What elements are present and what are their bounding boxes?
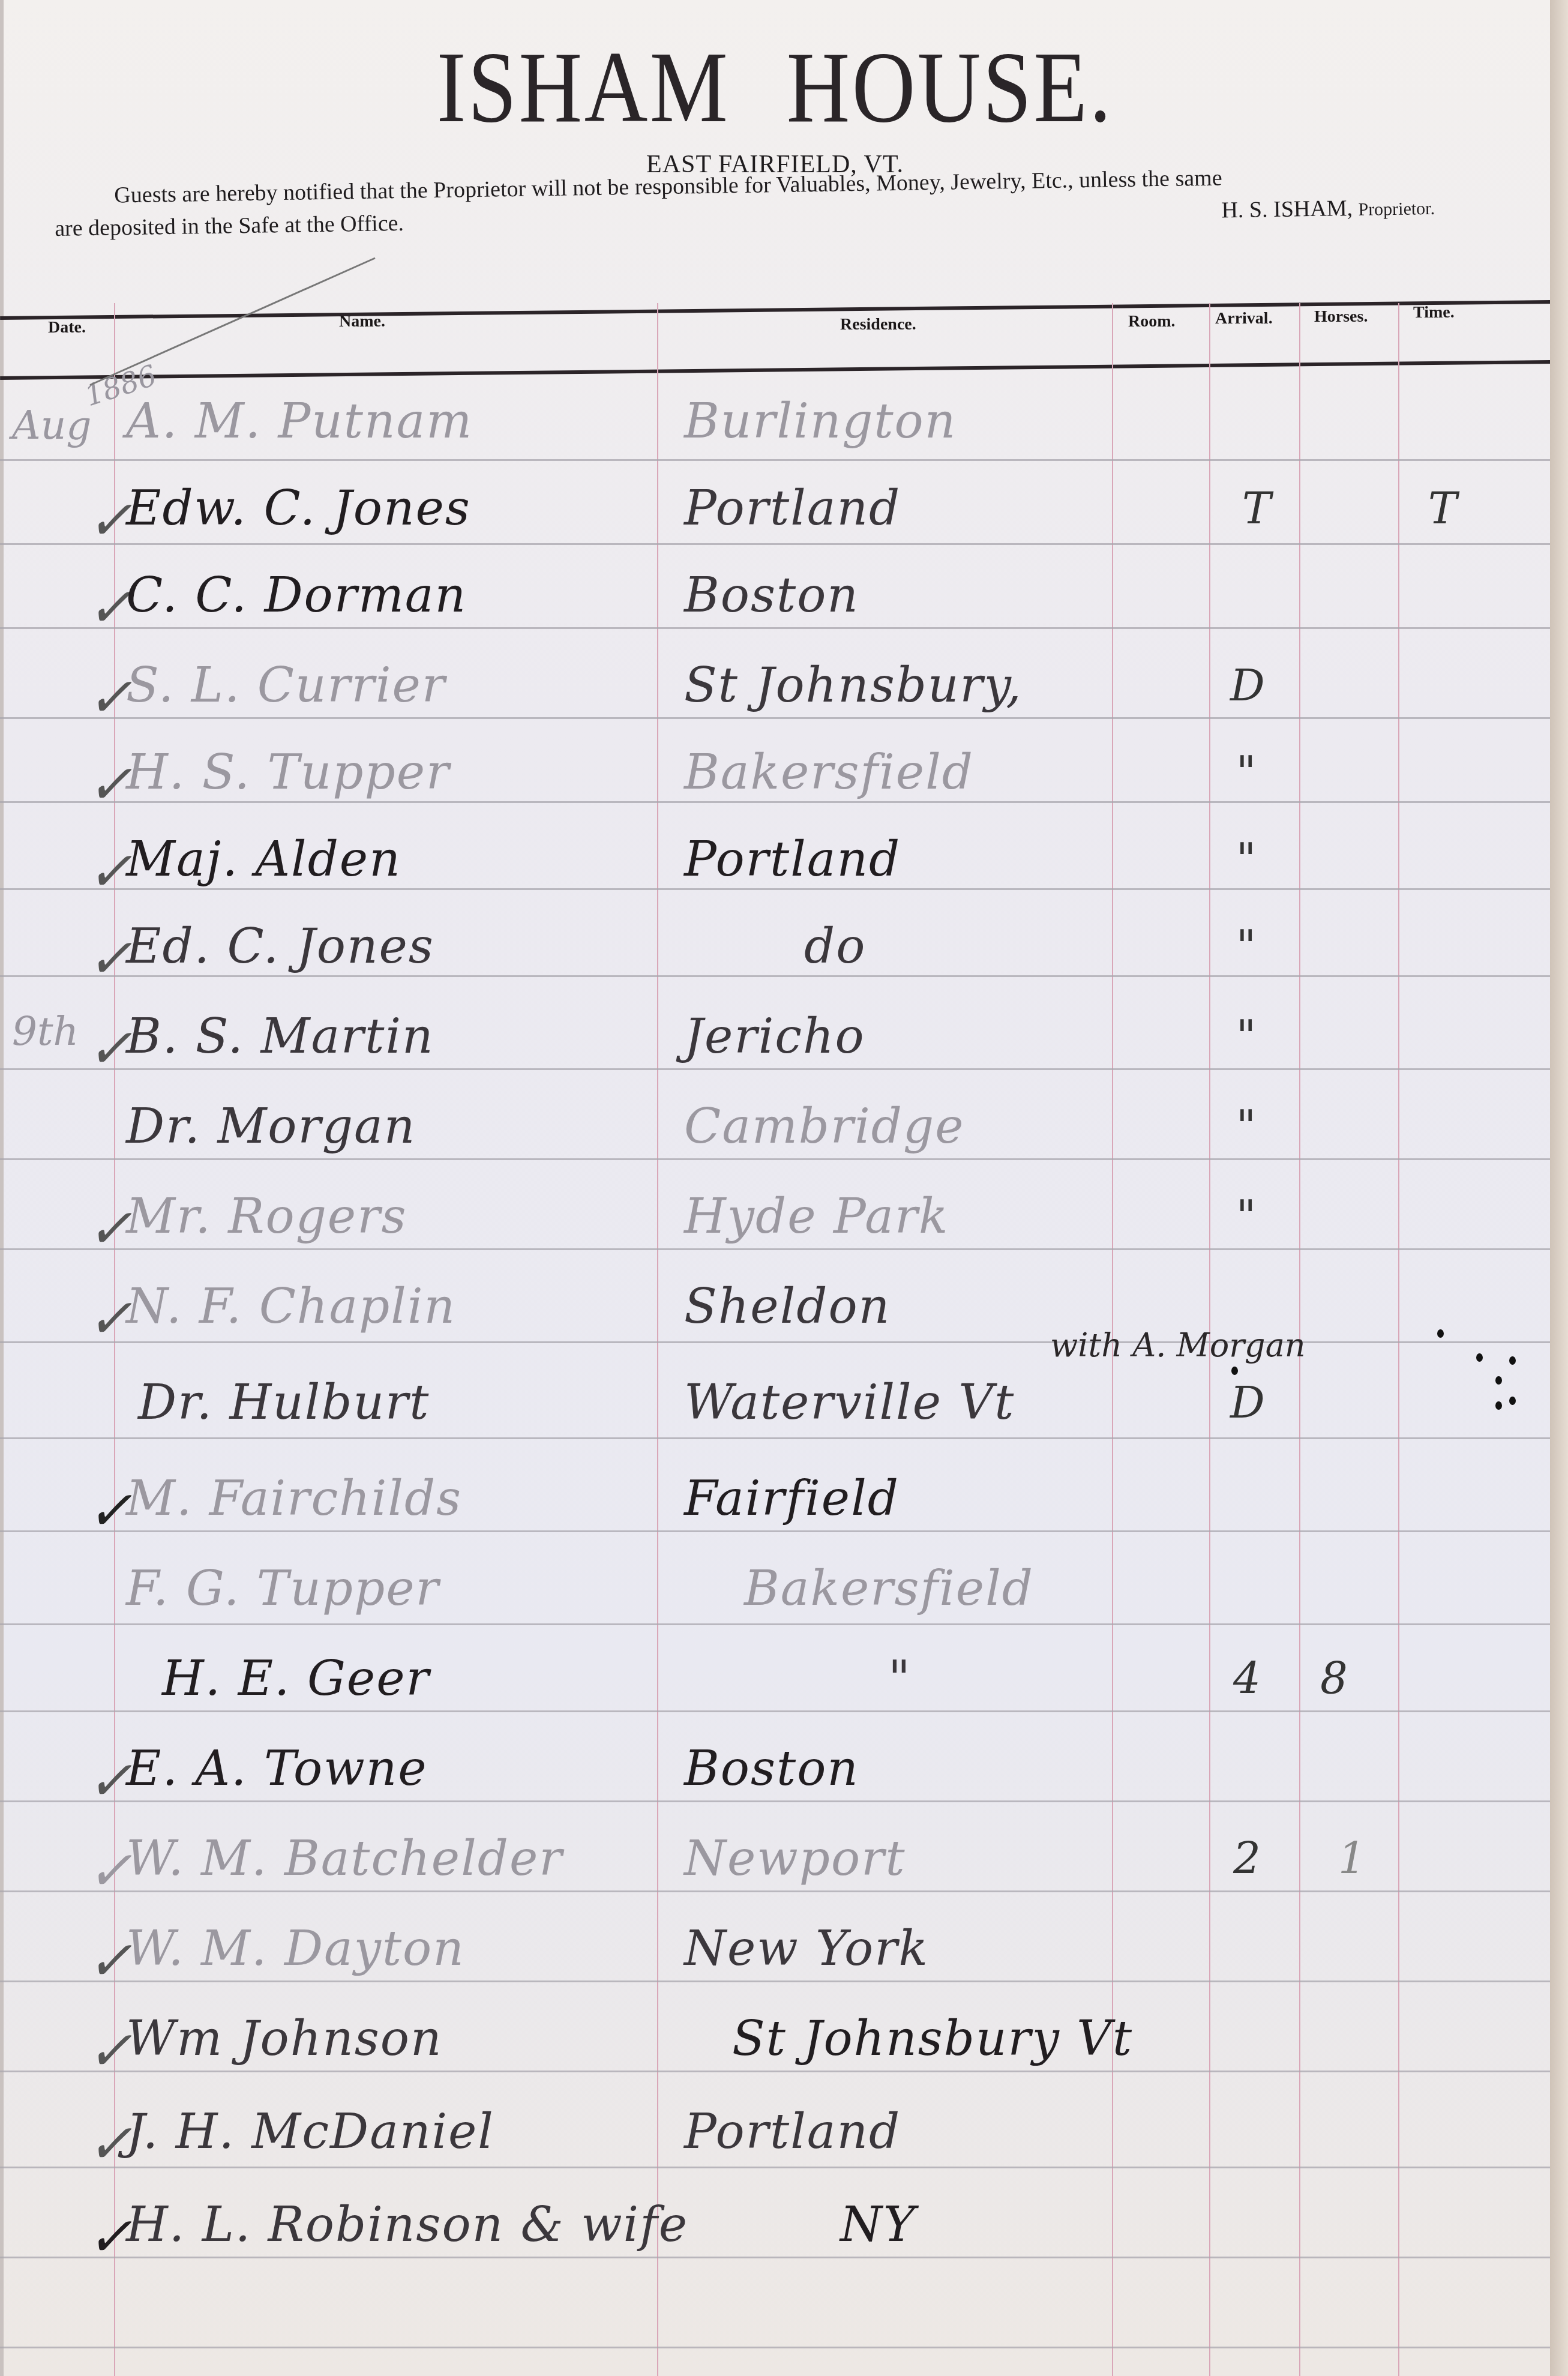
entry-name: Mr. Rogers xyxy=(126,1188,642,1244)
ink-dot xyxy=(1437,1329,1444,1338)
proprietor-signature: H. S. ISHAM, Proprietor. xyxy=(1221,191,1435,229)
register-entry: ✓ Wm Johnson St Johnsbury Vt xyxy=(0,1993,1550,2089)
ink-dot xyxy=(1509,1397,1516,1405)
entry-residence: Jericho xyxy=(684,1008,1224,1064)
entry-name: S. L. Currier xyxy=(126,657,642,713)
entry-name: W. M. Dayton xyxy=(126,1920,642,1976)
entry-residence: Boston xyxy=(684,1740,1224,1796)
column-header-room: Room. xyxy=(1128,312,1176,331)
entry-residence: Burlington xyxy=(684,393,1224,449)
column-header-residence: Residence. xyxy=(840,315,916,334)
column-header-arrival: Arrival. xyxy=(1215,309,1273,328)
title-isham: ISHAM xyxy=(437,31,730,143)
entry-residence: Boston xyxy=(684,567,1224,623)
entry-arrival: " xyxy=(1236,834,1256,885)
entry-arrival: " xyxy=(1236,1191,1256,1242)
entry-name: N. F. Chaplin xyxy=(126,1278,642,1334)
entry-residence: St Johnsbury Vt xyxy=(732,2011,1272,2066)
entry-name: Ed. C. Jones xyxy=(126,918,642,974)
entry-arrival: D xyxy=(1230,1377,1265,1428)
column-header-time: Time. xyxy=(1413,303,1455,322)
entry-arrival: 2 xyxy=(1233,1833,1261,1884)
entry-name: A. M. Putnam xyxy=(126,393,642,449)
entry-date: Aug xyxy=(12,402,91,448)
register-entry: H. E. Geer " 4 8 xyxy=(0,1632,1550,1728)
entry-time: T xyxy=(1428,483,1457,534)
entry-horses: 8 xyxy=(1320,1653,1348,1704)
entry-arrival: 4 xyxy=(1233,1653,1261,1704)
entry-name: B. S. Martin xyxy=(126,1008,642,1064)
entry-name: Maj. Alden xyxy=(126,831,642,887)
proprietor-name: H. S. ISHAM, xyxy=(1221,196,1353,223)
entry-name: H. E. Geer xyxy=(162,1650,678,1706)
pencil-stroke xyxy=(89,257,375,386)
register-entry: ✓ Ed. C. Jones do " xyxy=(0,900,1550,996)
entry-residence: do xyxy=(804,918,1344,974)
register-entry: ✓ N. F. Chaplin Sheldon with A. Morgan xyxy=(0,1260,1550,1356)
entry-residence: Portland xyxy=(684,480,1224,536)
page-title: ISHAMHOUSE. xyxy=(109,36,1441,138)
register-entry: ✓ Mr. Rogers Hyde Park " xyxy=(0,1170,1550,1266)
entry-residence: Hyde Park xyxy=(684,1188,1224,1244)
register-entry: ✓ Maj. Alden Portland " xyxy=(0,813,1550,909)
entry-name: M. Fairchilds xyxy=(126,1470,642,1526)
notice-line-2-text: are deposited in the Safe at the Office. xyxy=(55,207,404,247)
row-rule xyxy=(0,2347,1550,2348)
column-header-name: Name. xyxy=(339,312,385,331)
register-entry: ✓ H. S. Tupper Bakersfield " xyxy=(0,726,1550,822)
entry-residence: Newport xyxy=(684,1830,1224,1886)
entry-name: H. S. Tupper xyxy=(126,744,642,800)
entry-arrival: " xyxy=(1236,747,1256,798)
entry-residence: St Johnsbury, xyxy=(684,657,1224,713)
entry-residence: New York xyxy=(684,1920,1224,1976)
register-entry: Dr. Morgan Cambridge " xyxy=(0,1080,1550,1176)
entry-residence: Fairfield xyxy=(684,1470,1224,1526)
title-house: HOUSE. xyxy=(787,31,1114,143)
entry-name: Dr. Hulburt xyxy=(138,1374,654,1430)
entry-horses: 1 xyxy=(1338,1833,1366,1884)
entry-name: C. C. Dorman xyxy=(126,567,642,623)
register-entry: 9th ✓ B. S. Martin Jericho " xyxy=(0,990,1550,1086)
ink-dot xyxy=(1509,1356,1516,1365)
ink-dot xyxy=(1495,1376,1502,1385)
ink-dot xyxy=(1231,1367,1238,1375)
entry-residence: NY xyxy=(840,2197,1380,2252)
entry-date: 9th xyxy=(12,1008,79,1054)
register-entry: ✓ H. L. Robinson & wife NY xyxy=(0,2179,1550,2275)
register-entry: ✓ W. M. Batchelder Newport 2 1 xyxy=(0,1812,1550,1908)
register-entry: Dr. Hulburt Waterville Vt D xyxy=(0,1356,1550,1452)
ink-dot xyxy=(1495,1401,1502,1410)
register-entry: ✓ M. Fairchilds Fairfield xyxy=(0,1452,1550,1548)
entry-name: Wm Johnson xyxy=(126,2011,642,2066)
entry-arrival: D xyxy=(1230,660,1265,711)
column-header-horses: Horses. xyxy=(1314,307,1368,326)
entry-name: E. A. Towne xyxy=(126,1740,642,1796)
register-entry: Aug A. M. Putnam Burlington xyxy=(0,375,1550,471)
entry-residence: Portland xyxy=(684,831,1224,887)
entry-residence: Waterville Vt xyxy=(684,1374,1224,1430)
register-entry: ✓ W. M. Dayton New York xyxy=(0,1902,1550,1999)
entry-name: Dr. Morgan xyxy=(126,1098,642,1154)
entry-name: H. L. Robinson & wife xyxy=(126,2197,642,2252)
entry-residence: Bakersfield xyxy=(684,744,1224,800)
entry-arrival: T xyxy=(1242,483,1271,534)
register-entry: ✓ S. L. Currier St Johnsbury, D xyxy=(0,639,1550,735)
entry-residence: Cambridge xyxy=(684,1098,1224,1154)
entry-arrival: " xyxy=(1236,1101,1256,1152)
register-entry: ✓ J. H. McDaniel Portland xyxy=(0,2086,1550,2182)
register-entry: ✓ Edw. C. Jones Portland T T xyxy=(0,462,1550,558)
column-header-date: Date. xyxy=(48,318,86,337)
entry-residence: Bakersfield xyxy=(744,1560,1284,1616)
register-entry: F. G. Tupper Bakersfield xyxy=(0,1542,1550,1638)
entry-arrival: " xyxy=(1236,1011,1256,1062)
register-entry: ✓ C. C. Dorman Boston xyxy=(0,549,1550,645)
proprietor-title: Proprietor. xyxy=(1358,199,1435,220)
entry-name: W. M. Batchelder xyxy=(126,1830,642,1886)
entry-residence: Portland xyxy=(684,2104,1224,2159)
page-edge xyxy=(1550,0,1568,2376)
register-entry: ✓ E. A. Towne Boston xyxy=(0,1722,1550,1818)
ink-dot xyxy=(1476,1353,1483,1362)
entry-name: Edw. C. Jones xyxy=(126,480,642,536)
register-page: ISHAMHOUSE. EAST FAIRFIELD, VT. Guests a… xyxy=(0,0,1552,2376)
entry-name: J. H. McDaniel xyxy=(126,2104,642,2159)
entry-name: F. G. Tupper xyxy=(126,1560,642,1616)
entry-arrival: " xyxy=(1236,921,1256,972)
